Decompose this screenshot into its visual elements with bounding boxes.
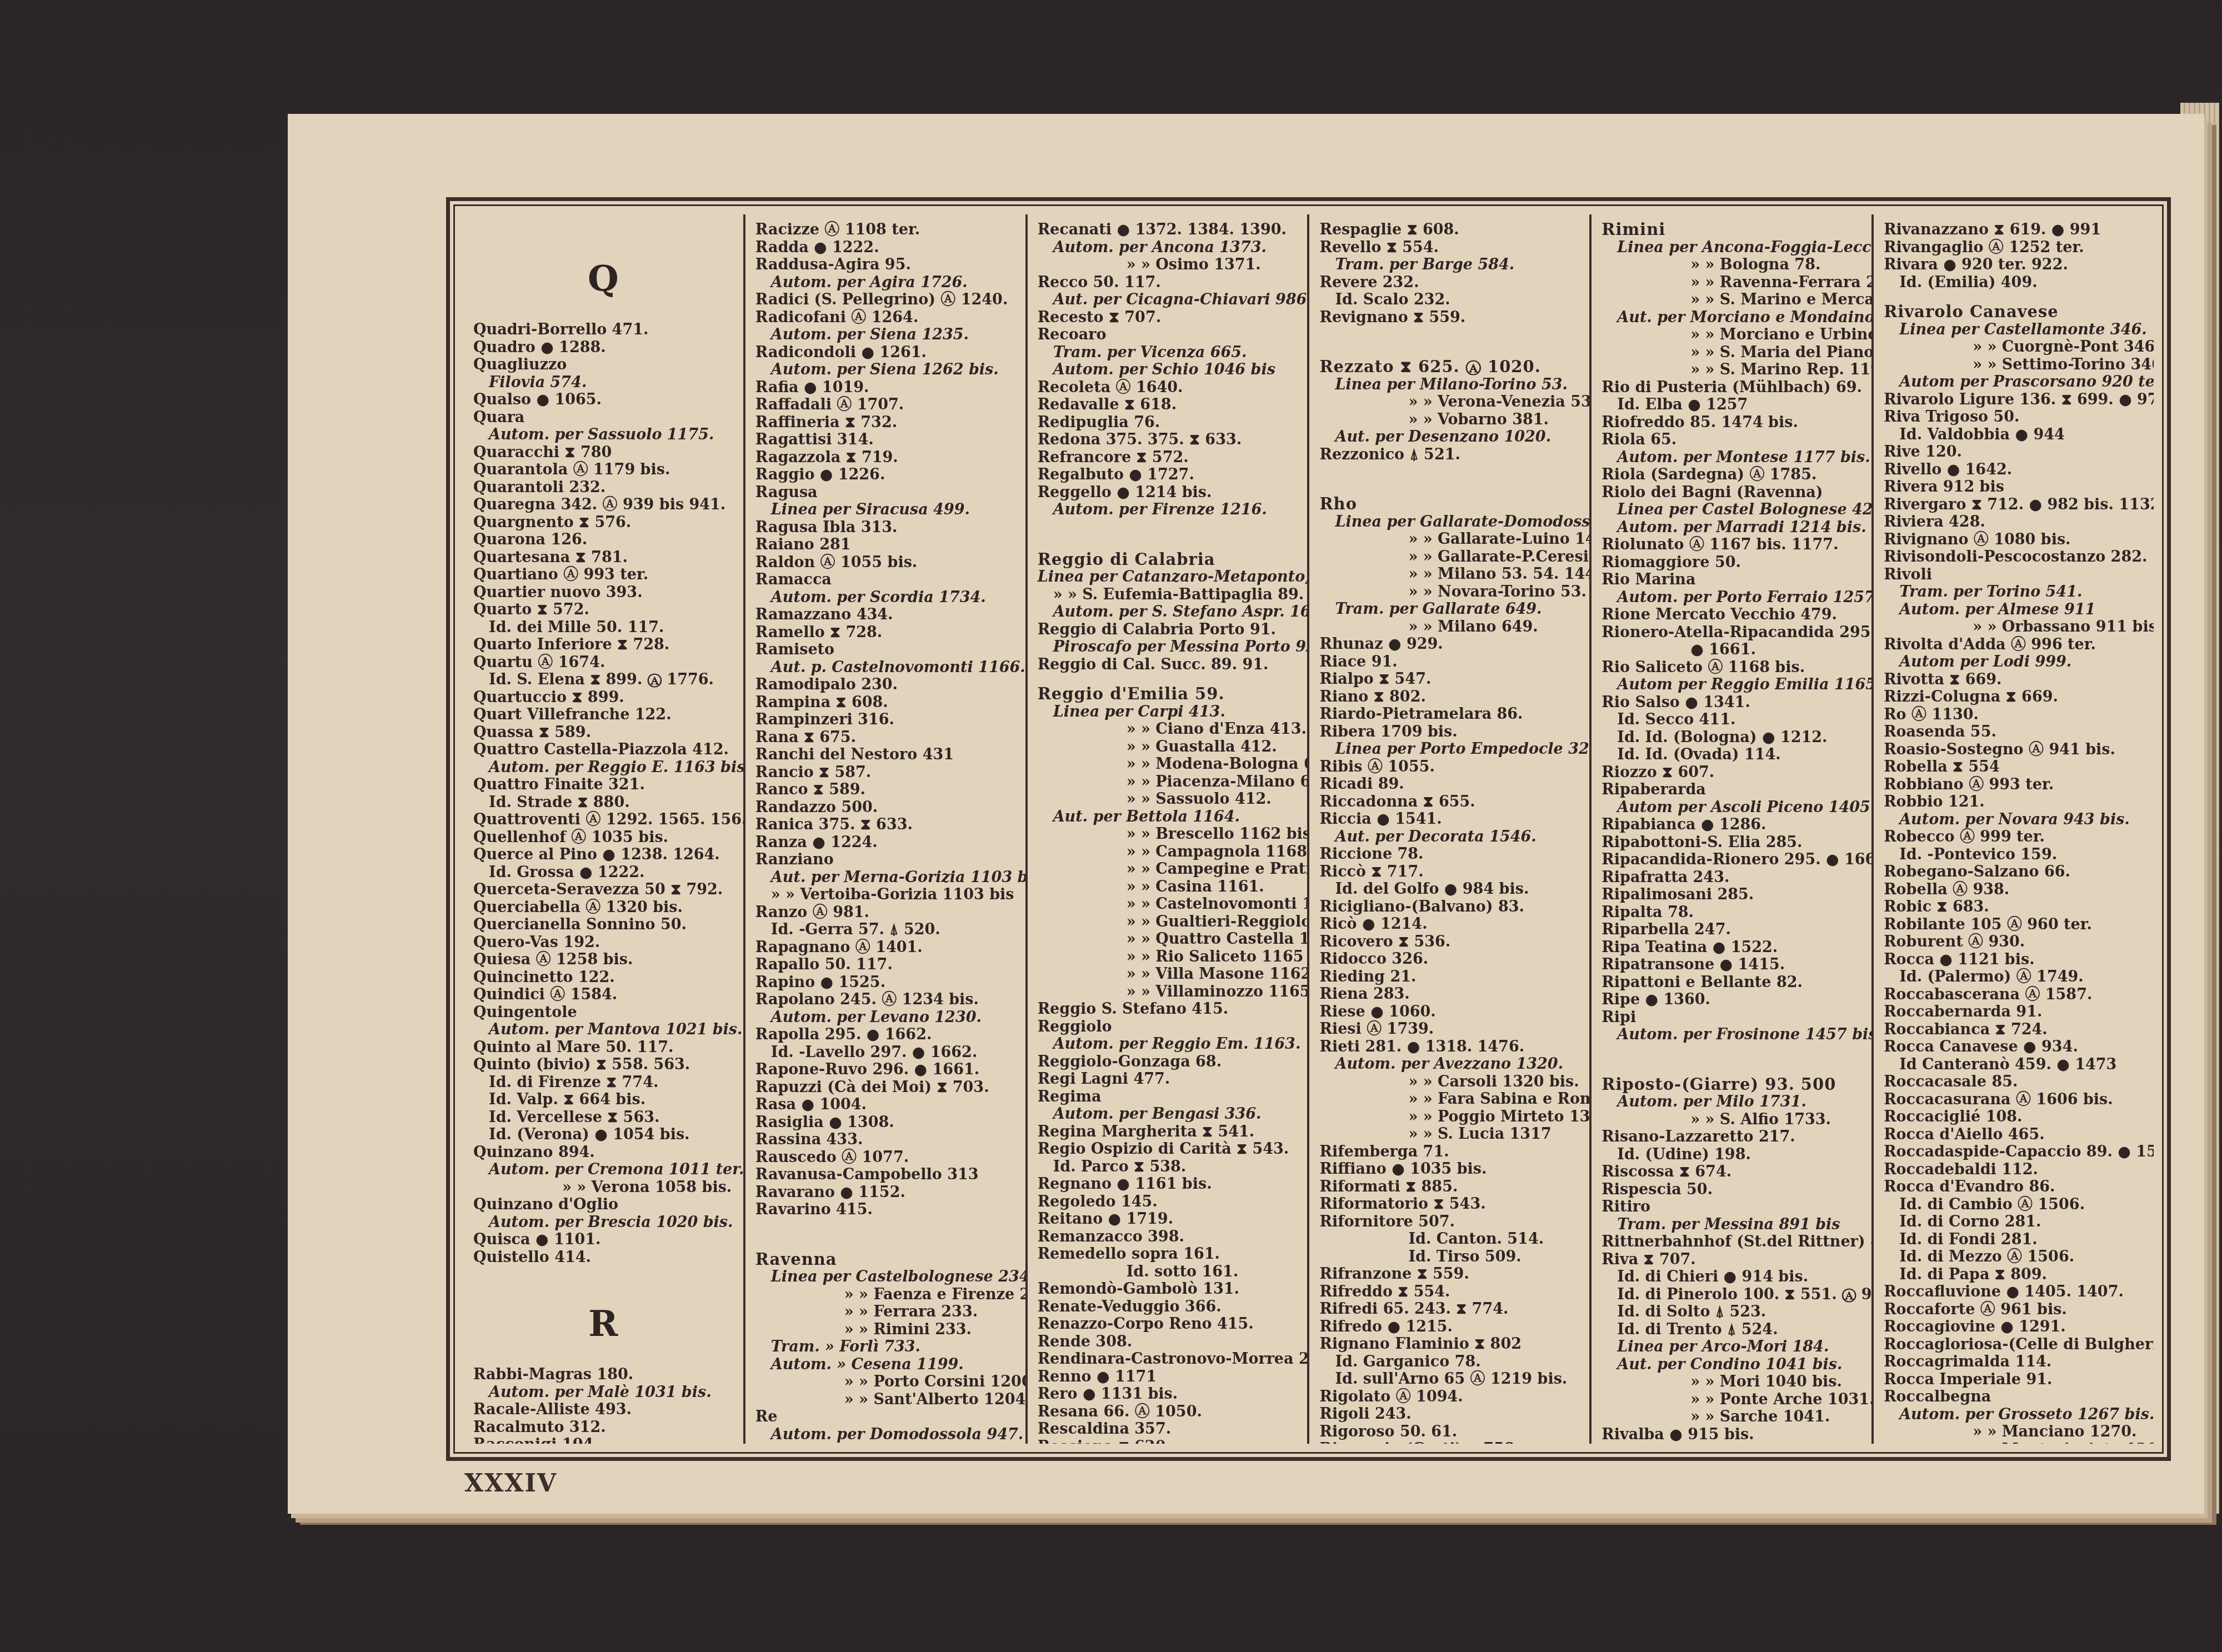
index-entry: Autom per Lodi 999. (1884, 653, 2144, 671)
index-entry: Riva Trigoso 50. (1884, 408, 2144, 426)
index-entry: Rittnerbahnhof (St.del Rittner) 400 (1602, 1233, 1861, 1251)
index-entry: Regalbuto ● 1727. (1038, 466, 1298, 484)
index-entry: Ridocco 326. (1319, 950, 1579, 968)
index-entry: » » Modena-Bologna 65. (1038, 755, 1298, 773)
index-entry: Rignano Flaminio ⧗ 802 (1319, 1335, 1579, 1353)
index-entry: Id. Id. (Bologna) ● 1212. (1602, 729, 1861, 747)
index-entry: Roccagrimalda 114. (1884, 1353, 2144, 1371)
index-entry: Autom. per Firenze 1216. (1038, 501, 1298, 519)
index-entry: Ripalimosani 285. (1602, 886, 1861, 904)
column-3: Recanati ● 1372. 1384. 1390.Autom. per A… (1028, 214, 1310, 1444)
index-entry: Quaregna 342. Ⓐ 939 bis 941. (473, 496, 733, 514)
index-entry: Autom. per Domodossola 947. (755, 1426, 1015, 1444)
column-6: Rivanazzano ⧗ 619. ● 991Rivangaglio Ⓐ 12… (1874, 214, 2154, 1444)
index-entry: Radicofani Ⓐ 1264. (755, 309, 1015, 327)
station-heading-rezzato: Rezzato ⧗ 625. Ⓐ 1020. (1319, 358, 1579, 376)
index-entry: Rasa ● 1004. (755, 1096, 1015, 1114)
index-entry: Rapino ● 1525. (755, 974, 1015, 992)
index-entry: Autom per Ascoli Piceno 1405 bis (1602, 799, 1861, 817)
index-entry: Ripacandida-Rionero 295. ● 1661. (1602, 851, 1861, 869)
index-entry: Ripaberarda (1602, 781, 1861, 799)
index-entry: Rivangaglio Ⓐ 1252 ter. (1884, 239, 2144, 257)
station-heading-reggio-emilia: Reggio d'Emilia 59. (1038, 685, 1298, 703)
entry-list: Recanati ● 1372. 1384. 1390.Autom. per A… (1038, 221, 1298, 519)
index-entry: Rapallo 50. 117. (755, 956, 1015, 974)
index-entry: Rende 308. (1038, 1333, 1298, 1351)
index-entry: Rivara ● 920 ter. 922. (1884, 256, 2144, 274)
index-entry: Tram. » Forlì 733. (755, 1338, 1015, 1356)
index-entry: Ripabianca ● 1286. (1602, 816, 1861, 834)
index-entry: Roccadebaldi 112. (1884, 1161, 2144, 1179)
index-entry: » » Rio Saliceto 1165 bis. (1038, 948, 1298, 966)
index-entry: » » Orbassano 911 bis. (1884, 618, 2144, 636)
index-entry: Ramiseto (755, 641, 1015, 659)
index-entry: Tram. per Gallarate 649. (1319, 600, 1579, 618)
index-entry: Riviera 428. (1884, 513, 2144, 531)
index-entry: Linea per Castellamonte 346. (1884, 321, 2144, 339)
index-entry: Reggio di Cal. Succ. 89. 91. (1038, 656, 1298, 674)
index-entry: Rasiglia ● 1308. (755, 1114, 1015, 1132)
index-entry: Rana ⧗ 675. (755, 729, 1015, 747)
index-entry: Riena 283. (1319, 985, 1579, 1003)
index-entry: Id. di Corno 281. (1884, 1213, 2144, 1231)
index-entry: Randazzo 500. (755, 799, 1015, 817)
index-entry: Aut. per Cicagna-Chiavari 986. (1038, 291, 1298, 309)
entry-list: Linea per Catanzaro-Metaponto, 91.» » S.… (1038, 568, 1298, 673)
index-entry: » » Mori 1040 bis. (1602, 1373, 1861, 1391)
index-entry: » » Sarche 1041. (1602, 1408, 1861, 1426)
index-entry: Rione Mercato Vecchio 479. (1602, 606, 1861, 624)
index-entry: Regina Margherita ⧗ 541. (1038, 1123, 1298, 1141)
index-entry: Riola (Sardegna) Ⓐ 1785. (1602, 466, 1861, 484)
index-entry: Rocca d'Aiello 465. (1884, 1126, 2144, 1144)
index-entry: Querceta-Seravezza 50 ⧗ 792. (473, 881, 733, 899)
index-entry: Id. dei Mille 50. 117. (473, 619, 733, 637)
index-entry: Ragattisi 314. (755, 431, 1015, 449)
index-entry: Robbio 121. (1884, 793, 2144, 811)
index-entry: Rero ● 1131 bis. (1038, 1385, 1298, 1403)
station-heading-ravenna: Ravenna (755, 1251, 1015, 1269)
index-entry: Id. (Palermo) Ⓐ 1749. (1884, 968, 2144, 986)
entry-list: Rhunaz ● 929.Riace 91.Rialpo ⧗ 547.Riano… (1319, 635, 1579, 1444)
index-entry: Quattro Castella-Piazzola 412. (473, 741, 733, 759)
entry-list: ReAutom. per Domodossola 947.Reaglie ● 9… (755, 1408, 1015, 1444)
index-entry: » » Verona 1058 bis. (473, 1179, 733, 1197)
index-entry: Refrancore ⧗ 572. (1038, 449, 1298, 467)
section-letter-r: R (473, 1266, 733, 1366)
index-entry: Autom. per S. Stefano Aspr. 1695. (1038, 603, 1298, 621)
index-entry: Raiano 281 (755, 536, 1015, 554)
index-entry: Ripi (1602, 1009, 1861, 1027)
index-entry: Rifornitore 507. (1319, 1213, 1579, 1231)
index-entry: Robbiano Ⓐ 993 ter. (1884, 776, 2144, 794)
index-entry: Autom. per Cremona 1011 ter. (473, 1161, 733, 1179)
index-entry: Ribera 1709 bis. (1319, 723, 1579, 741)
index-entry: Roccadaspide-Capaccio 89. ● 1576. (1884, 1143, 2144, 1161)
index-entry: » » Sant'Alberto 1204. (755, 1391, 1015, 1409)
index-entry: Autom. per Ancona 1373. (1038, 239, 1298, 257)
index-entry: Quartuccio ⧗ 899. (473, 689, 733, 707)
index-entry: Quattroventi Ⓐ 1292. 1565. 1565 bis (473, 811, 733, 829)
index-entry: Roccabianca ⧗ 724. (1884, 1021, 2144, 1039)
index-entry: Quartier nuovo 393. (473, 584, 733, 602)
index-entry: Aut. per Bettola 1164. (1038, 808, 1298, 826)
index-entry: Revello ⧗ 554. (1319, 239, 1579, 257)
entry-list: Linea per Castelbolognese 234.» » Faenza… (755, 1268, 1015, 1408)
index-entry: Rivoli (1884, 566, 2144, 584)
index-entry: Autom. per Malè 1031 bis. (473, 1384, 733, 1401)
index-entry: Reaglie ● 914. (755, 1443, 1015, 1444)
index-entry: Autom. per Siena 1235. (755, 326, 1015, 344)
index-entry: Riparbella 247. (1602, 921, 1861, 939)
index-entry: Aut. per Condino 1041 bis. (1602, 1356, 1861, 1374)
index-entry: Rampinzeri 316. (755, 711, 1015, 729)
index-entry: Reitano ● 1719. (1038, 1210, 1298, 1228)
index-entry: Id. Id. (Ovada) 114. (1602, 746, 1861, 764)
index-entry: Riardo-Pietramelara 86. (1319, 705, 1579, 723)
index-entry: Rifreddo ⧗ 554. (1319, 1283, 1579, 1301)
index-entry: Quartu Ⓐ 1674. (473, 654, 733, 672)
index-entry: Quassa ⧗ 589. (473, 724, 733, 742)
index-entry: Renazzo-Corpo Reno 415. (1038, 1315, 1298, 1333)
index-entry: Rancio ⧗ 587. (755, 764, 1015, 782)
index-entry: Riffiano ● 1035 bis. (1319, 1160, 1579, 1178)
index-entry: Rauscedo Ⓐ 1077. (755, 1149, 1015, 1167)
index-entry: Recanati ● 1372. 1384. 1390. (1038, 221, 1298, 239)
index-entry: Id. Grossa ● 1222. (473, 864, 733, 882)
index-entry: Rocca Canavese ● 934. (1884, 1038, 2144, 1056)
index-entry: Radici (S. Pellegrino) Ⓐ 1240. (755, 291, 1015, 309)
index-entry: Rapolla 295. ● 1662. (755, 1026, 1015, 1044)
index-entry: Autom per Reggio Emilia 1165 bis. (1602, 676, 1861, 694)
index-columns: Q Quadri-Borrello 471.Quadro ● 1288.Quag… (463, 214, 2154, 1444)
index-entry: Recco 50. 117. (1038, 274, 1298, 292)
index-entry: Aut. per Decorata 1546. (1319, 828, 1579, 846)
index-entry: Riformati ⧗ 885. (1319, 1178, 1579, 1196)
entry-list: Risano-Lazzaretto 217.Id. (Udine) 198.Ri… (1602, 1128, 1861, 1444)
index-entry: Ravarino 415. (755, 1201, 1015, 1219)
index-entry: Ranchi del Nestoro 431 (755, 746, 1015, 764)
index-entry: Rassina 433. (755, 1131, 1015, 1149)
index-entry: Rivignano Ⓐ 1080 bis. (1884, 531, 2144, 549)
index-entry: Re (755, 1408, 1015, 1426)
index-entry: Ripabottoni-S. Elia 285. (1602, 834, 1861, 852)
index-entry: Quadro ● 1288. (473, 339, 733, 357)
station-heading-riposto: Riposto-(Giarre) 93. 500 (1602, 1076, 1861, 1094)
index-entry: Rivera 912 bis (1884, 478, 2144, 496)
index-entry: Radicondoli ● 1261. (755, 344, 1015, 362)
index-entry: Id. Scalo 232. (1319, 291, 1579, 309)
index-entry: Recesto ⧗ 707. (1038, 309, 1298, 327)
index-entry: Ripalta 78. (1602, 904, 1861, 922)
index-entry: » » Vertoiba-Gorizia 1103 bis (755, 886, 1015, 904)
index-entry: Rifemberga 71. (1319, 1143, 1579, 1161)
index-entry: Roasio-Sostegno Ⓐ 941 bis. (1884, 741, 2144, 759)
index-entry: Quellenhof Ⓐ 1035 bis. (473, 829, 733, 847)
index-entry: Renate-Veduggio 366. (1038, 1298, 1298, 1316)
index-entry: » » Manciano 1270. (1884, 1423, 2144, 1441)
index-entry: Quarona 126. (473, 531, 733, 549)
index-entry: Aut. per Merna-Gorizia 1103 bis (755, 869, 1015, 887)
index-entry: Id. Canton. 514. (1319, 1230, 1579, 1248)
index-entry: Rifredo ● 1215. (1319, 1318, 1579, 1336)
index-entry: Id Canteranò 459. ● 1473 (1884, 1056, 2144, 1074)
index-entry: Reggiolo-Gonzaga 68. (1038, 1053, 1298, 1071)
index-entry: Rivisondoli-Pescocostanzo 282. (1884, 548, 2144, 566)
index-entry: Autom. per Reggio E. 1163 bis. (473, 759, 733, 777)
index-entry: Regnano ● 1161 bis. (1038, 1175, 1298, 1193)
index-entry: Raddusa-Agira 95. (755, 256, 1015, 274)
index-entry: Riscossa ⧗ 674. (1602, 1163, 1861, 1181)
index-entry: Roccafluvione ● 1405. 1407. (1884, 1283, 2144, 1301)
index-entry: Remedello sopra 161. (1038, 1245, 1298, 1263)
entry-list: Quadri-Borrello 471.Quadro ● 1288.Quagli… (473, 321, 733, 1266)
column-4: Respaglie ⧗ 608.Revello ⧗ 554.Tram. per … (1309, 214, 1592, 1444)
page-frame: Q Quadri-Borrello 471.Quadro ● 1288.Quag… (446, 197, 2171, 1461)
index-entry: Aut. per Morciano e Mondaino 195. (1602, 309, 1861, 327)
entry-list: Linea per Ancona-Foggia-Lecce 78.» » Bol… (1602, 239, 1861, 379)
index-entry: Recoaro (1038, 326, 1298, 344)
index-entry: Quarto ⧗ 572. (473, 601, 733, 619)
entry-list: Respaglie ⧗ 608.Revello ⧗ 554.Tram. per … (1319, 221, 1579, 326)
index-entry: Rapone-Ruvo 296. ● 1661. (755, 1061, 1015, 1079)
index-entry: Ritiro (1602, 1198, 1861, 1216)
index-entry: Reggello ● 1214 bis. (1038, 484, 1298, 502)
index-entry: Id. (Verona) ● 1054 bis. (473, 1126, 733, 1144)
index-entry: Roasenda 55. (1884, 723, 2144, 741)
index-entry: Rio Marina (1602, 571, 1861, 589)
index-entry: Id. Valdobbia ● 944 (1884, 426, 2144, 444)
section-letter-q: Q (473, 221, 733, 321)
index-entry: Quadri-Borrello 471. (473, 321, 733, 339)
index-entry: Riolunato Ⓐ 1167 bis. 1177. (1602, 536, 1861, 554)
column-5: Rimini Linea per Ancona-Foggia-Lecce 78.… (1592, 214, 1874, 1444)
column-2: Racizze Ⓐ 1108 ter.Radda ● 1222.Raddusa-… (745, 214, 1028, 1444)
index-entry: Autom. per Montese 1177 bis. (1602, 449, 1861, 467)
index-entry: Reggio S. Stefano 415. (1038, 1000, 1298, 1018)
index-entry: Quarto Inferiore ⧗ 728. (473, 636, 733, 654)
index-entry: Linea per Catanzaro-Metaponto, 91. (1038, 568, 1298, 586)
index-entry: Ranza ● 1224. (755, 834, 1015, 852)
index-entry: Quarantola Ⓐ 1179 bis. (473, 461, 733, 479)
index-entry: Revignano ⧗ 559. (1319, 309, 1579, 327)
index-entry: Autom. per Mantova 1021 bis. (473, 1021, 733, 1039)
index-entry: Autom. per Siena 1262 bis. (755, 361, 1015, 379)
index-entry: Robilante 105 Ⓐ 960 ter. (1884, 916, 2144, 934)
index-entry: Quindici Ⓐ 1584. (473, 986, 733, 1004)
entry-list: Rivanazzano ⧗ 619. ● 991Rivangaglio Ⓐ 12… (1884, 221, 2144, 291)
index-entry: Id. (Udine) 198. (1602, 1146, 1861, 1164)
index-entry: » » S. Maria del Piano 1195 bis (1602, 344, 1861, 362)
index-entry: » » Brescello 1162 bis. (1038, 825, 1298, 843)
index-entry: Ripa Teatina ● 1522. (1602, 939, 1861, 957)
index-entry: Redipuglia 76. (1038, 414, 1298, 432)
book-page: Q Quadri-Borrello 471.Quadro ● 1288.Quag… (288, 114, 2204, 1514)
index-entry: Linea per Ancona-Foggia-Lecce 78. (1602, 239, 1861, 257)
index-entry: Raldon Ⓐ 1055 bis. (755, 554, 1015, 572)
index-entry: Regima (1038, 1088, 1298, 1106)
index-entry: Robecco Ⓐ 999 ter. (1884, 828, 2144, 846)
index-entry: Linea per Porto Empedocle 320. (1319, 740, 1579, 758)
index-entry: Quiesa Ⓐ 1258 bis. (473, 951, 733, 969)
index-entry: Regio Ospizio di Carità ⧗ 543. (1038, 1140, 1298, 1158)
index-entry: Riola 65. (1602, 431, 1861, 449)
index-entry: Rio di Pusteria (Mühlbach) 69. (1602, 379, 1861, 397)
index-entry: » » Cuorgnè-Pont 346. (1884, 338, 2144, 356)
index-entry: Id. di Cambio Ⓐ 1506. (1884, 1196, 2144, 1214)
index-entry: » » Milano 649. (1319, 618, 1579, 636)
index-entry: Autom. per Frosinone 1457 bis. (1602, 1026, 1861, 1044)
index-entry: Rocca Imperiale 91. (1884, 1371, 2144, 1389)
index-entry: Id. Tirso 509. (1319, 1248, 1579, 1266)
index-entry: Rigoroso 50. 61. (1319, 1423, 1579, 1441)
index-entry: Ramazzano 434. (755, 606, 1015, 624)
index-entry: » » S. Alfio 1733. (1602, 1111, 1861, 1129)
index-entry: Rapagnano Ⓐ 1401. (755, 939, 1015, 957)
index-entry: » » S. Marino e Mercatino Marecchia 427. (1602, 291, 1861, 309)
index-entry: » » Campagnola 1168 bis. (1038, 843, 1298, 861)
index-entry: Autom. per Novara 943 bis. (1884, 811, 2144, 829)
index-entry: Quartesana ⧗ 781. (473, 549, 733, 567)
index-entry: Ranzo Ⓐ 981. (755, 904, 1015, 922)
index-entry: Quart Villefranche 122. (473, 706, 733, 724)
index-entry: Linea per Milano-Torino 53. (1319, 376, 1579, 394)
index-entry: Autom. per Grosseto 1267 bis. (1884, 1406, 2144, 1424)
index-entry: Riozzo ⧗ 607. (1602, 764, 1861, 782)
index-entry: Aut. p. Castelnovomonti 1166. (755, 659, 1015, 677)
index-entry: Id. Vercellese ⧗ 563. (473, 1109, 733, 1127)
entry-list: Linea per Gallarate-Domodossola 54» » Ga… (1319, 513, 1579, 636)
index-entry: ● 1661. (1602, 641, 1861, 659)
index-entry: Id. di Trento ⍋ 524. (1602, 1321, 1861, 1339)
index-entry: Quinzano d'Oglio (473, 1196, 733, 1214)
index-entry: Rhunaz ● 929. (1319, 635, 1579, 653)
index-entry: Autom. per Levano 1230. (755, 1009, 1015, 1027)
index-entry: » » Faenza e Firenze 236. (755, 1286, 1015, 1304)
index-entry: Ragazzola ⧗ 719. (755, 449, 1015, 467)
index-entry: Remanzacco 398. (1038, 1228, 1298, 1246)
index-entry: Autom. per Agira 1726. (755, 274, 1015, 292)
index-entry: Roccaforte Ⓐ 961 bis. (1884, 1301, 2144, 1319)
index-entry: Rocca d'Evandro 86. (1884, 1178, 2144, 1196)
index-entry: Riva Ligure-S. Stefano 61. (1602, 1443, 1861, 1444)
index-entry: Autom. per Brescia 1020 bis. (473, 1214, 733, 1232)
index-entry: » » S. Eufemia-Battipaglia 89. (1038, 586, 1298, 604)
index-entry: Rivergaro ⧗ 712. ● 982 bis. 1132 bis (1884, 496, 2144, 514)
index-entry: Rivolta d'Adda Ⓐ 996 ter. (1884, 636, 2144, 654)
index-entry: Id. S. Elena ⧗ 899. Ⓐ 1776. (473, 671, 733, 689)
index-entry: Id. sotto 161. (1038, 1263, 1298, 1281)
index-entry: Reggio di Calabria Porto 91. (1038, 621, 1298, 639)
index-entry: Riformatorio ⧗ 543. (1319, 1195, 1579, 1213)
index-entry: Rifredi 65. 243. ⧗ 774. (1319, 1300, 1579, 1318)
index-entry: Rocca ● 1121 bis. (1884, 951, 2144, 969)
entry-list: Reggio S. Stefano 415.ReggioloAutom. per… (1038, 1000, 1298, 1444)
index-entry: Ramacca (755, 571, 1015, 589)
index-entry: Rampina ⧗ 608. (755, 694, 1015, 712)
index-entry: » » Guastalla 412. (1038, 738, 1298, 756)
index-entry: » » Novara-Torino 53. (1319, 583, 1579, 601)
index-entry: » » Verona-Venezia 53. (1319, 393, 1579, 411)
index-entry: Tram. per Torino 541. (1884, 583, 2144, 601)
index-entry: Id. Parco ⧗ 538. (1038, 1158, 1298, 1176)
index-entry: » » Rimini 233. (755, 1321, 1015, 1339)
index-entry: Id. -Pontevico 159. (1884, 846, 2144, 864)
index-entry: Rigoli 243. (1319, 1405, 1579, 1423)
index-entry: Autom. per Milo 1731. (1602, 1093, 1861, 1111)
index-entry: Roccacasurana Ⓐ 1606 bis. (1884, 1091, 2144, 1109)
index-entry: Id. -Gerra 57. ⍋ 520. (755, 921, 1015, 939)
index-entry: Id. del Golfo ● 984 bis. (1319, 880, 1579, 898)
index-entry: Riccò ⧗ 717. (1319, 863, 1579, 881)
index-entry: Ribis Ⓐ 1055. (1319, 758, 1579, 776)
index-entry: Rapuzzi (Cà dei Moi) ⧗ 703. (755, 1079, 1015, 1097)
index-entry: Roccabernarda 91. (1884, 1003, 2144, 1021)
index-entry: Autom. per Marradi 1214 bis. (1602, 519, 1861, 537)
index-entry: » » Quattro Castella 1163 bis (1038, 930, 1298, 948)
index-entry: Regi Lagni 477. (1038, 1070, 1298, 1088)
index-entry: Id. -Lavello 297. ● 1662. (755, 1044, 1015, 1062)
index-entry: Aut. per Desenzano 1020. (1319, 428, 1579, 446)
index-entry: Tram. per Barge 584. (1319, 256, 1579, 274)
index-entry: Quarantoli 232. (473, 479, 733, 497)
index-entry: Linea per Arco-Mori 184. (1602, 1338, 1861, 1356)
index-entry: Quargnento ⧗ 576. (473, 514, 733, 532)
index-entry: Robella ⧗ 554 (1884, 758, 2144, 776)
index-entry: Remondò-Gambolò 131. (1038, 1280, 1298, 1298)
entry-list: Racizze Ⓐ 1108 ter.Radda ● 1222.Raddusa-… (755, 221, 1015, 1219)
index-entry: » » Monte Amiata 1269 bis (1884, 1441, 2144, 1444)
index-entry: Ramodipalo 230. (755, 676, 1015, 694)
index-entry: Rivanazzano ⧗ 619. ● 991 (1884, 221, 2144, 239)
index-entry: Quartiano Ⓐ 993 ter. (473, 566, 733, 584)
index-entry: Ricadi 89. (1319, 775, 1579, 793)
index-entry: Rapolano 245. Ⓐ 1234 bis. (755, 991, 1015, 1009)
index-entry: » » Ponte Arche 1031. (1602, 1391, 1861, 1409)
index-entry: Querciabella Ⓐ 1320 bis. (473, 899, 733, 917)
index-entry: Rio Saliceto Ⓐ 1168 bis. (1602, 659, 1861, 677)
index-entry: Roccabascerana Ⓐ 1587. (1884, 986, 2144, 1004)
index-entry: Redona 375. 375. ⧗ 633. (1038, 431, 1298, 449)
index-entry: Rivalba ● 915 bis. (1602, 1426, 1861, 1444)
index-entry: Quagliuzzo (473, 356, 733, 374)
index-entry: » » Gallarate-Luino 147. (1319, 530, 1579, 548)
index-entry: Resciona ⧗ 620. (1038, 1438, 1298, 1444)
index-entry: Ragusa (755, 484, 1015, 502)
index-entry: Autom. per Avezzano 1320. (1319, 1055, 1579, 1073)
index-entry: Robic ⧗ 683. (1884, 898, 2144, 916)
index-entry: Autom. per Almese 911 (1884, 601, 2144, 619)
index-entry: » » Ferrara 233. (755, 1303, 1015, 1321)
index-entry: Id. di Solto ⍋ 523. (1602, 1303, 1861, 1321)
index-entry: Id. Valp. ⧗ 664 bis. (473, 1091, 733, 1109)
index-entry: Ripatransone ● 1415. (1602, 956, 1861, 974)
station-heading-rivarolo-canavese: Rivarolo Canavese (1884, 303, 2144, 321)
index-entry: » » Ciano d'Enza 413. (1038, 720, 1298, 738)
index-entry: Quara (473, 409, 733, 427)
index-entry: Riccione 78. (1319, 845, 1579, 863)
page-number: XXXIV (464, 1469, 557, 1498)
index-entry: Id. di Papa ⧗ 809. (1884, 1266, 2144, 1284)
entry-list: Linea per Carpi 413.» » Ciano d'Enza 413… (1038, 703, 1298, 1001)
index-entry: Linea per Siracusa 499. (755, 501, 1015, 519)
index-entry: » » S. Marino Rep. 1196 (1602, 361, 1861, 379)
index-entry: Linea per Castelbolognese 234. (755, 1268, 1015, 1286)
index-entry: » » Sassuolo 412. (1038, 790, 1298, 808)
index-entry: » » Gualtieri-Reggiolo 1163. (1038, 913, 1298, 931)
index-entry: Id. di Mezzo Ⓐ 1506. (1884, 1248, 2144, 1266)
index-entry: Riva ⧗ 707. (1602, 1251, 1861, 1269)
